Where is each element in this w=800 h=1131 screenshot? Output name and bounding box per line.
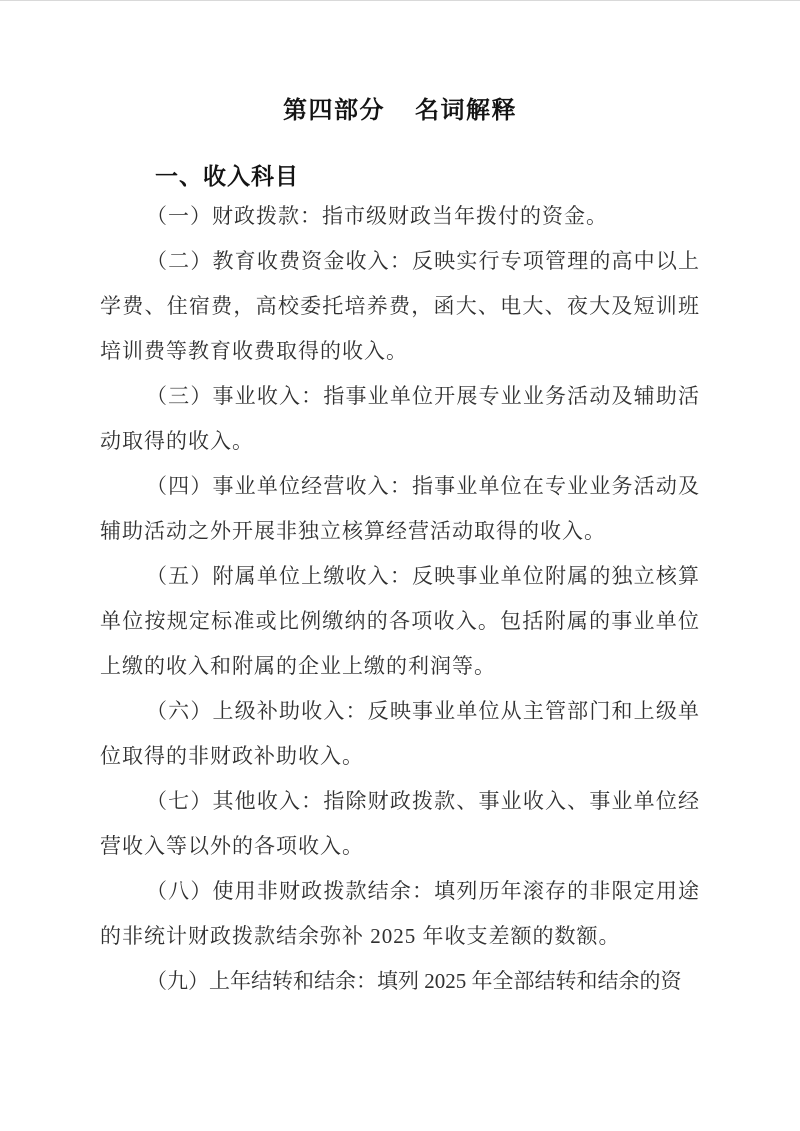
definition-paragraph-subsidiary-remittance-income: （五）附属单位上缴收入：反映事业单位附属的独立核算单位按规定标准或比例缴纳的各项… (100, 554, 700, 689)
definitions-list: （一）财政拨款：指市级财政当年拨付的资金。 （二）教育收费资金收入：反映实行专项… (100, 194, 700, 1004)
document-title: 第四部分名词解释 (0, 1, 800, 125)
title-subject: 名词解释 (415, 97, 517, 124)
definition-paragraph-education-fee-income: （二）教育收费资金收入：反映实行专项管理的高中以上学费、住宿费，高校委托培养费，… (100, 239, 700, 374)
definition-paragraph-non-fiscal-surplus: （八）使用非财政拨款结余：填列历年滚存的非限定用途的非统计财政拨款结余弥补 20… (100, 869, 700, 959)
definition-paragraph-institution-income: （三）事业收入：指事业单位开展专业业务活动及辅助活动取得的收入。 (100, 374, 700, 464)
definition-paragraph-other-income: （七）其他收入：指除财政拨款、事业收入、事业单位经营收入等以外的各项收入。 (100, 779, 700, 869)
section-heading-income-categories: 一、收入科目 (155, 163, 800, 189)
definition-paragraph-operating-income: （四）事业单位经营收入：指事业单位在专业业务活动及辅助活动之外开展非独立核算经营… (100, 464, 700, 554)
definition-paragraph-carryover-surplus: （九）上年结转和结余：填列 2025 年全部结转和结余的资 (100, 959, 700, 1004)
title-part-label: 第四部分 (283, 97, 385, 124)
document-page: 第四部分名词解释 一、收入科目 （一）财政拨款：指市级财政当年拨付的资金。 （二… (0, 0, 800, 1131)
definition-paragraph-fiscal-appropriation: （一）财政拨款：指市级财政当年拨付的资金。 (100, 194, 700, 239)
definition-paragraph-superior-subsidy-income: （六）上级补助收入：反映事业单位从主管部门和上级单位取得的非财政补助收入。 (100, 689, 700, 779)
